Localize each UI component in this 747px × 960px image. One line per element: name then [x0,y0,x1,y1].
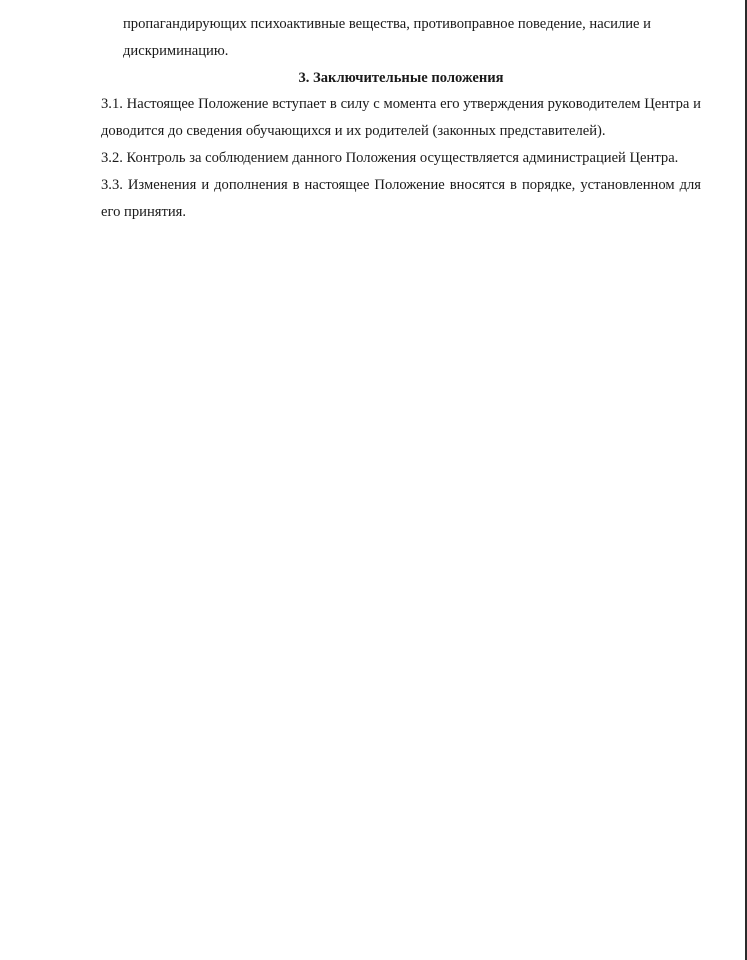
document-page: пропагандирующих психоактивные вещества,… [0,0,745,960]
paragraph-3-3: 3.3. Изменения и дополнения в настоящее … [101,172,701,226]
paragraph-3-1: 3.1. Настоящее Положение вступает в силу… [101,91,701,145]
paragraph-3-2: 3.2. Контроль за соблюдением данного Пол… [101,145,701,172]
section-heading: 3. Заключительные положения [101,65,701,92]
document-body: пропагандирующих психоактивные вещества,… [101,11,701,225]
continuation-paragraph: пропагандирующих психоактивные вещества,… [101,11,701,65]
